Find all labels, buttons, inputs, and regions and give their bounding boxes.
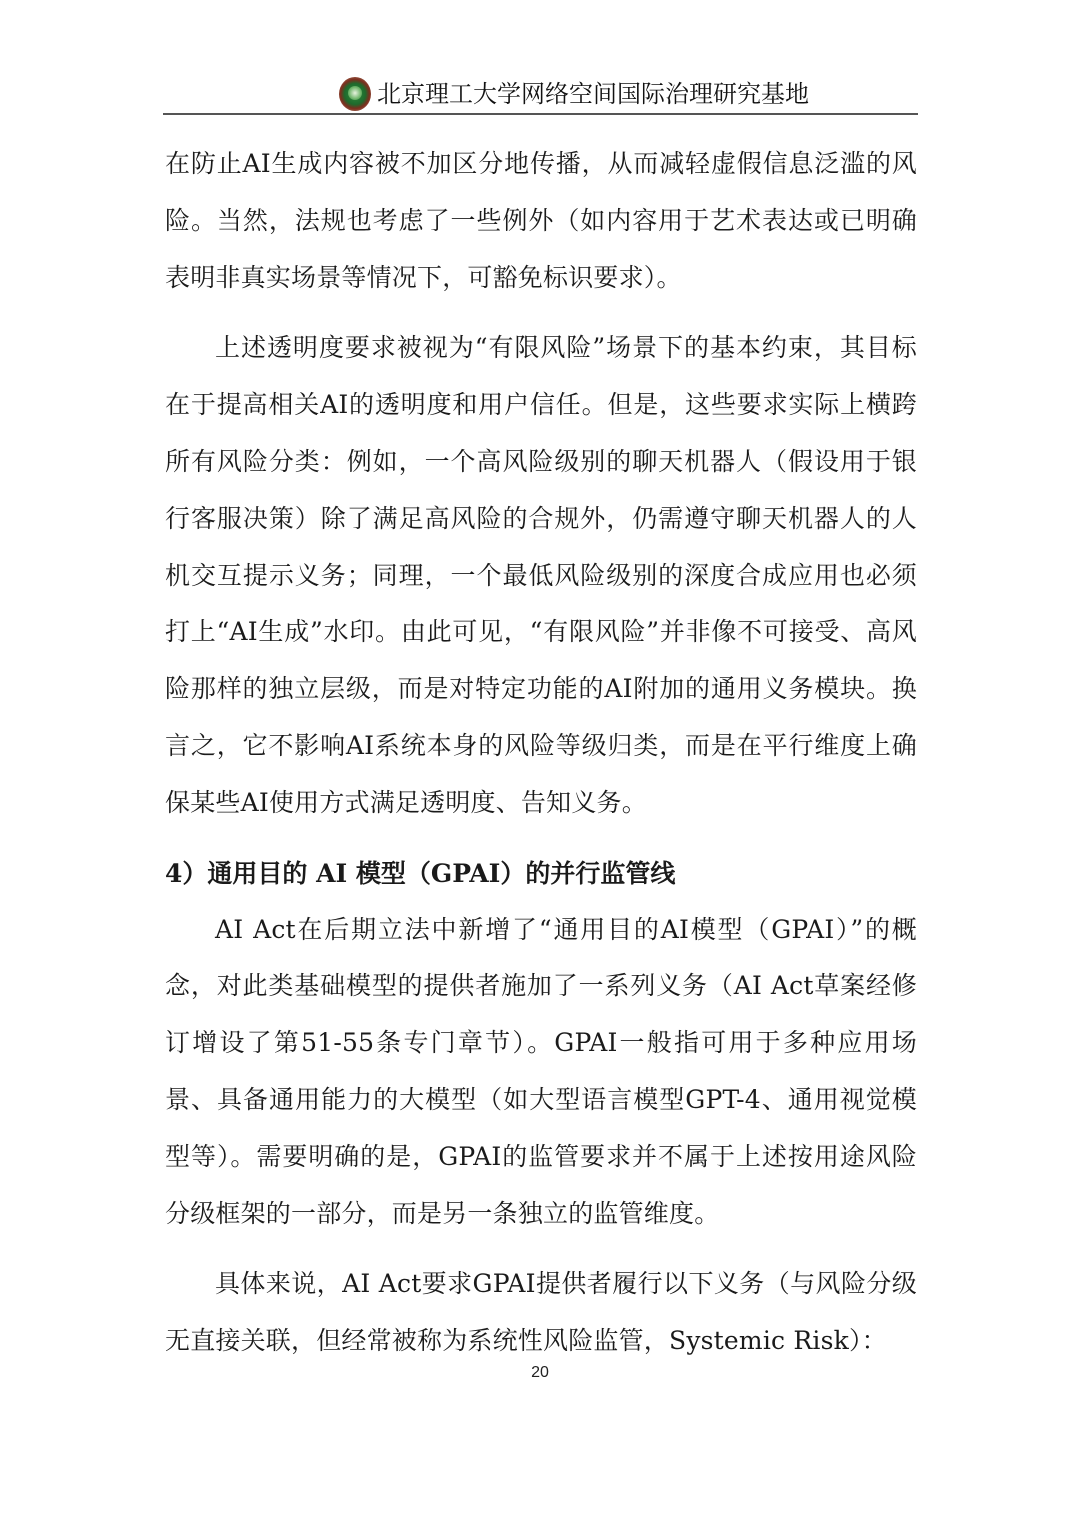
body-paragraph: 具体来说，AI Act要求GPAI提供者履行以下义务（与风险分级无直接关联，但经… xyxy=(165,1256,917,1370)
body-paragraph: 上述透明度要求被视为“有限风险”场景下的基本约束，其目标在于提高相关AI的透明度… xyxy=(165,320,917,831)
page-number: 20 xyxy=(0,1364,1080,1382)
section-heading: 4）通用目的 AI 模型（GPAI）的并行监管线 xyxy=(165,846,917,902)
university-emblem-icon xyxy=(339,77,371,111)
header-title: 北京理工大学网络空间国际治理研究基地 xyxy=(377,76,809,112)
header-divider xyxy=(163,113,918,115)
body-paragraph: AI Act在后期立法中新增了“通用目的AI模型（GPAI）”的概念，对此类基础… xyxy=(165,902,917,1243)
document-body: 在防止AI生成内容被不加区分地传播，从而减轻虚假信息泛滥的风险。当然，法规也考虑… xyxy=(165,136,917,1370)
page-header: 北京理工大学网络空间国际治理研究基地 xyxy=(163,72,918,116)
header-branding: 北京理工大学网络空间国际治理研究基地 xyxy=(339,76,809,112)
body-paragraph: 在防止AI生成内容被不加区分地传播，从而减轻虚假信息泛滥的风险。当然，法规也考虑… xyxy=(165,136,917,306)
